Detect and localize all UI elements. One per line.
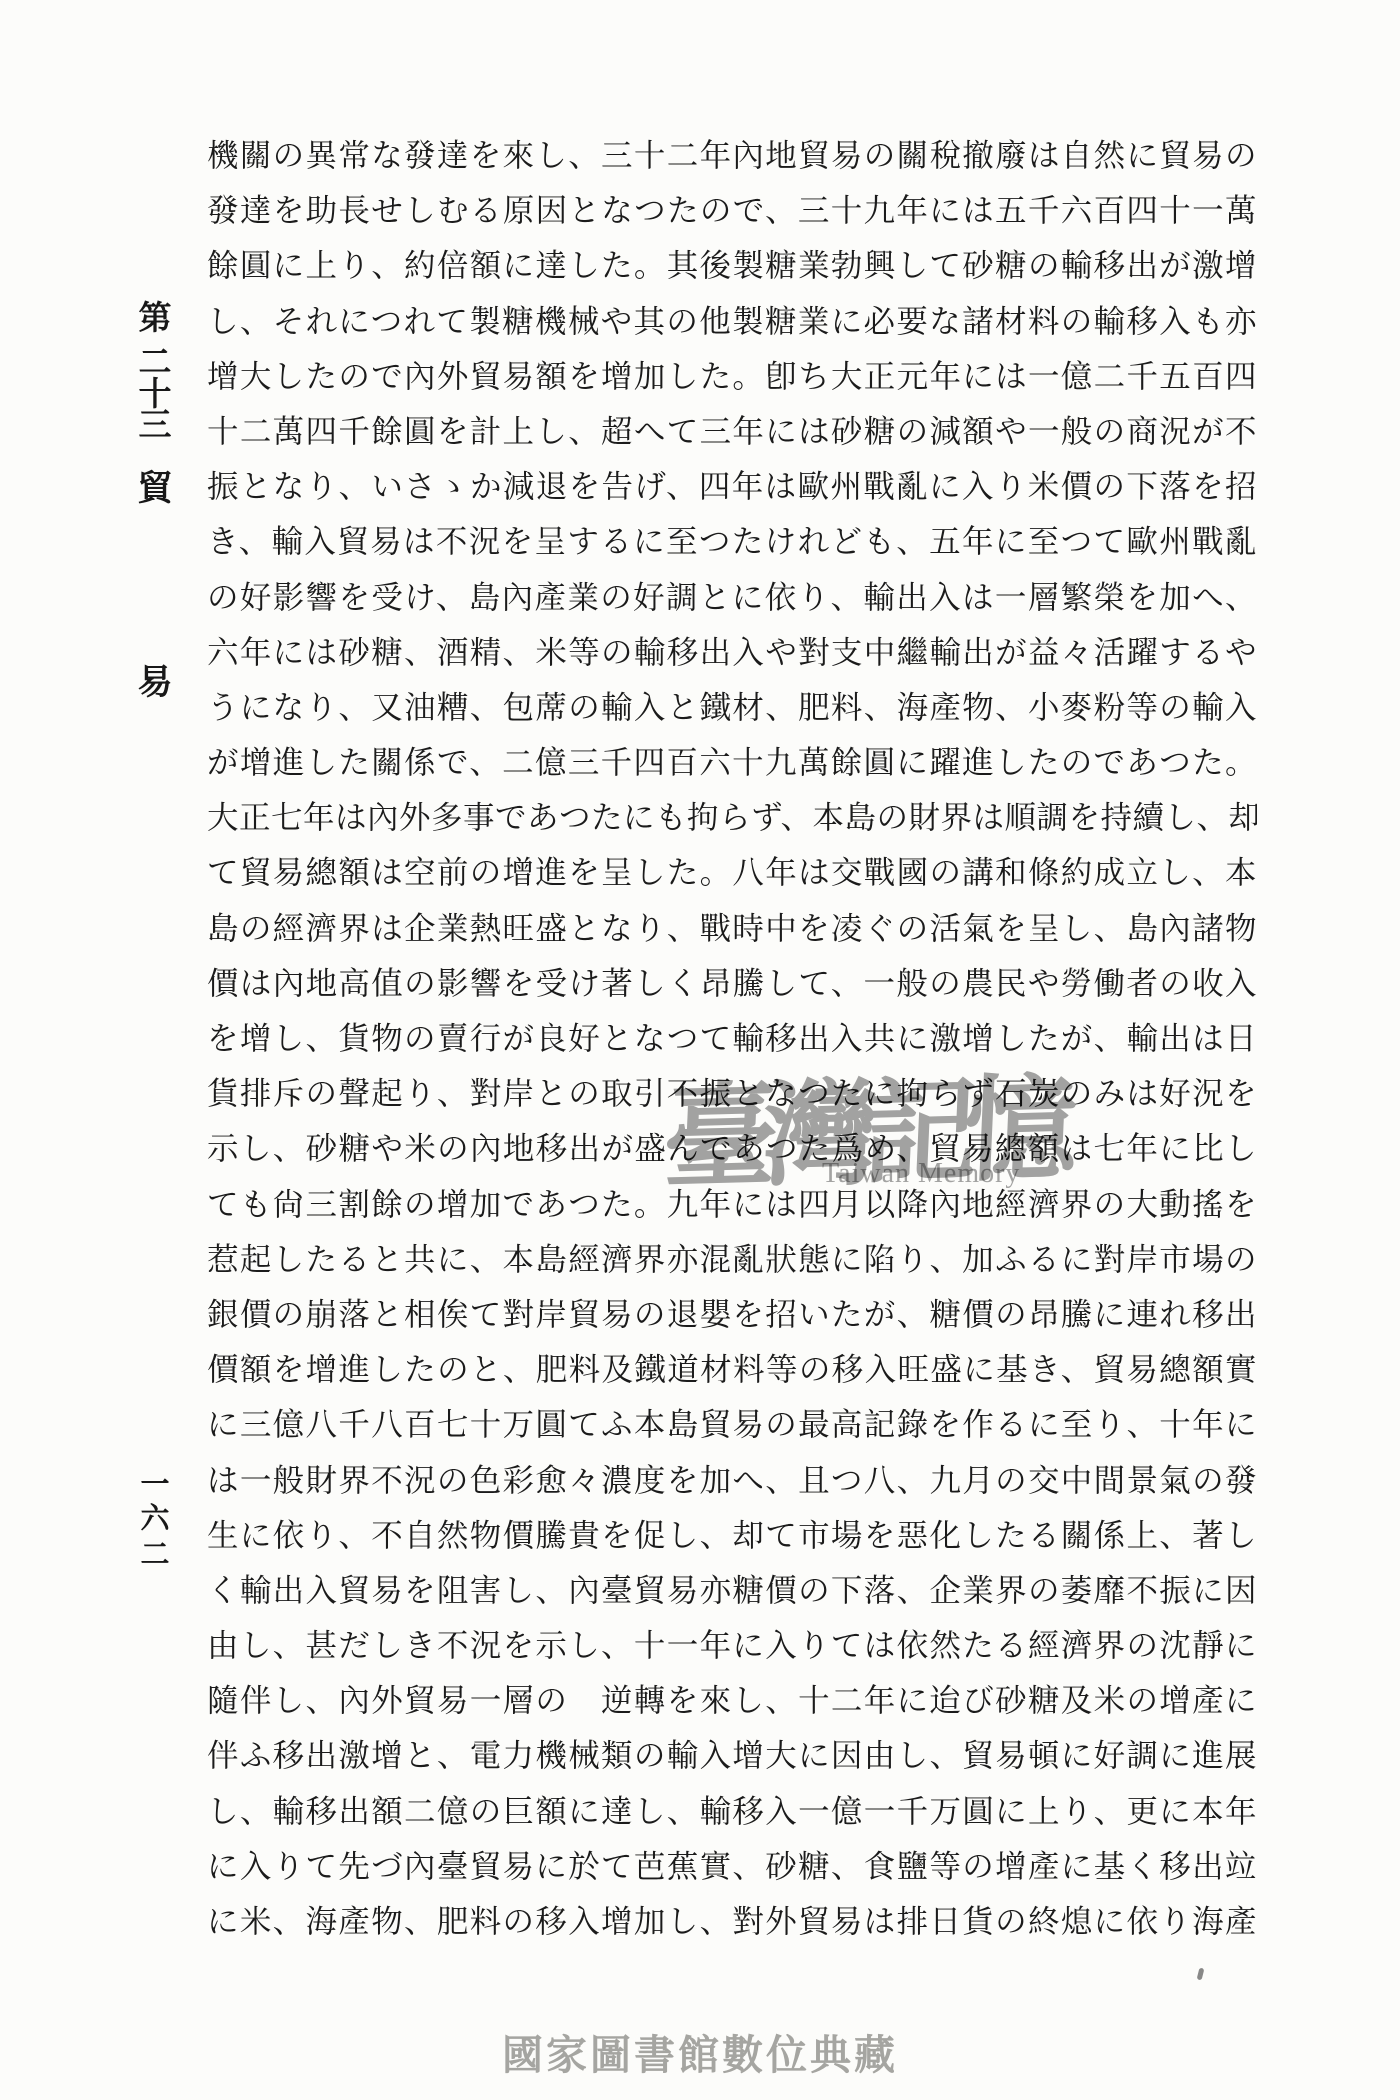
body-text-line: く輸出入貿易を阻害し、內臺貿易亦糖價の下落、企業界の萎靡不振に因: [207, 1563, 1257, 1618]
margin-chapter-char: 三: [136, 399, 174, 446]
body-text-line: 六年には砂糖、酒精、米等の輸移出入や對支中繼輸出が益々活躍するや: [207, 625, 1257, 680]
body-text-line: 由し、甚だしき不況を示し、十一年に入りては依然たる經濟界の沈靜に: [207, 1618, 1257, 1673]
body-text-line: 生に依り、不自然物價騰貴を促し、却て市場を惡化したる關係上、著し: [207, 1508, 1257, 1563]
body-text-line: に米、海產物、肥料の移入增加し、對外貿易は排日貨の終熄に依り海產: [207, 1894, 1257, 1949]
body-text-line: 惹起したると共に、本島經濟界亦混亂狀態に陷り、加ふるに對岸市場の: [207, 1232, 1257, 1287]
body-text-line: き、輸入貿易は不況を呈するに至つたけれども、五年に至つて歐州戰亂: [207, 514, 1257, 569]
scanned-book-page: 第 二 十 三 貿 易 一 六 二 機關の異常な發達を來し、三十二年內地貿易の關…: [0, 0, 1400, 2100]
margin-section-char: 易: [136, 655, 174, 705]
body-text-line: 價は內地高值の影響を受け著しく昂騰して、一般の農民や勞働者の收入: [207, 956, 1257, 1011]
page-number-char: 六: [136, 1496, 174, 1537]
body-text-line: 隨伴し、內外貿易一層の 逆轉を來し、十二年に迨び砂糖及米の增產に: [207, 1673, 1257, 1728]
body-text-line: 振となり、いさゝか減退を告げ、四年は歐州戰亂に入り米價の下落を招: [207, 459, 1257, 514]
taiwan-memory-watermark-latin: Taiwan Memory: [822, 1158, 1020, 1190]
footer-library-label: 國家圖書館數位典藏: [0, 2022, 1400, 2081]
body-text-block: 機關の異常な發達を來し、三十二年內地貿易の關稅撤廢は自然に貿易の 發達を助長せし…: [207, 128, 1257, 1949]
body-text-line: の好影響を受け、島內產業の好調とに依り、輸出入は一層繁榮を加へ、: [207, 570, 1257, 625]
body-text-line: に三億八千八百七十万圓てふ本島貿易の最高記錄を作るに至り、十年に: [207, 1397, 1257, 1452]
body-text-line: 銀價の崩落と相俟て對岸貿易の退嬰を招いたが、糖價の昂騰に連れ移出: [207, 1287, 1257, 1342]
body-text-line: に入りて先づ內臺貿易に於て芭蕉實、砂糖、食鹽等の增產に基く移出竝: [207, 1839, 1257, 1894]
body-text-line: 餘圓に上り、約倍額に達した。其後製糖業勃興して砂糖の輸移出が激增: [207, 238, 1257, 293]
body-text-line: 增大したので內外貿易額を增加した。卽ち大正元年には一億二千五百四: [207, 349, 1257, 404]
body-text-line: は一般財界不況の色彩愈々濃度を加へ、且つ八、九月の交中間景氣の發: [207, 1453, 1257, 1508]
body-text-line: 機關の異常な發達を來し、三十二年內地貿易の關稅撤廢は自然に貿易の: [207, 128, 1257, 183]
body-text-line: 伴ふ移出激增と、電力機械類の輸入增大に因由し、貿易頓に好調に進展: [207, 1728, 1257, 1783]
body-text-line: し、輸移出額二億の巨額に達し、輸移入一億一千万圓に上り、更に本年: [207, 1784, 1257, 1839]
body-text-line: 大正七年は內外多事であつたにも拘らず、本島の財界は順調を持續し、却: [207, 790, 1257, 845]
body-text-line: 島の經濟界は企業熱旺盛となり、戰時中を凌ぐの活氣を呈し、島內諸物: [207, 901, 1257, 956]
margin-chapter-char: 第: [136, 292, 174, 339]
body-text-line: 發達を助長せしむる原因となつたので、三十九年には五千六百四十一萬: [207, 183, 1257, 238]
body-text-line: が增進した關係で、二億三千四百六十九萬餘圓に躍進したのであつた。: [207, 735, 1257, 790]
margin-section-char: 貿: [136, 461, 174, 511]
body-text-line: 十二萬四千餘圓を計上し、超へて三年には砂糖の減額や一般の商況が不: [207, 404, 1257, 459]
body-text-line: て貿易總額は空前の增進を呈した。八年は交戰國の講和條約成立し、本: [207, 845, 1257, 900]
page-number-char: 二: [136, 1532, 174, 1573]
ink-speck: [1197, 1968, 1205, 1981]
body-text-line: うになり、又油糟、包蓆の輸入と鐵材、肥料、海產物、小麥粉等の輸入: [207, 680, 1257, 735]
body-text-line: し、それにつれて製糖機械や其の他製糖業に必要な諸材料の輸移入も亦: [207, 294, 1257, 349]
body-text-line: 價額を增進したのと、肥料及鐵道材料等の移入旺盛に基き、貿易總額實: [207, 1342, 1257, 1397]
